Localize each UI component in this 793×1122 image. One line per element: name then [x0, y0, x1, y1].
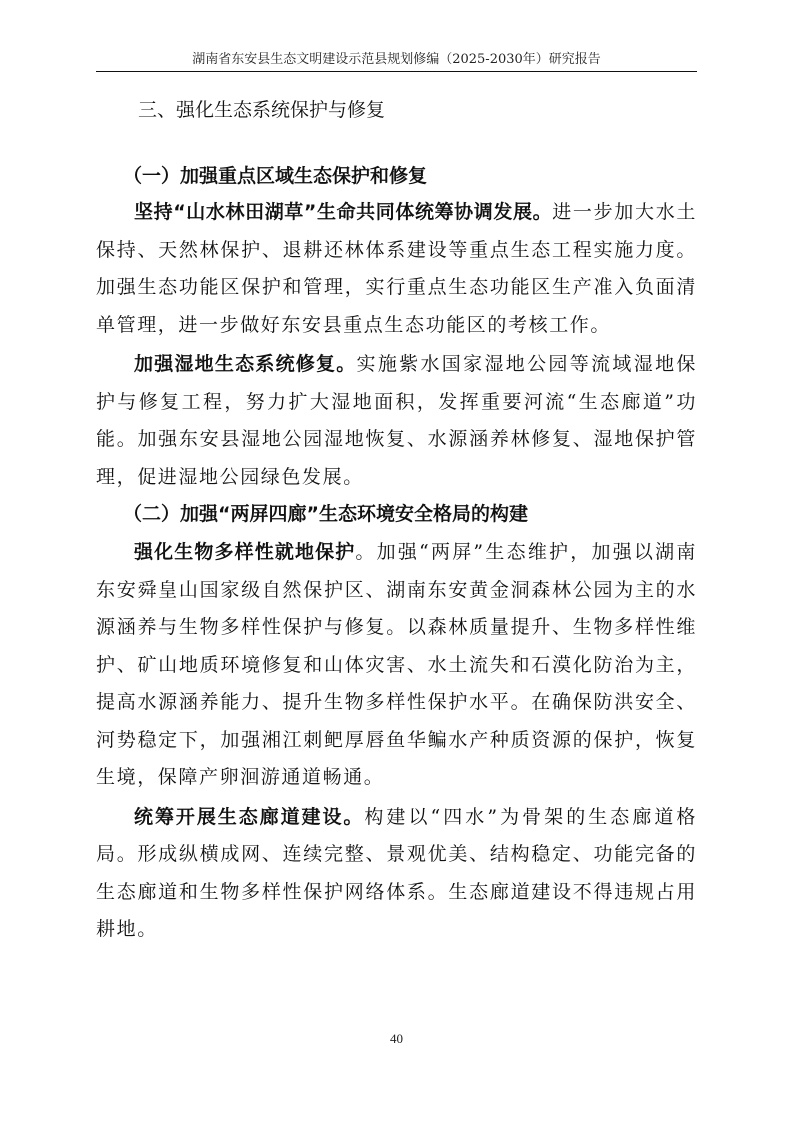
chapter-heading: 三、强化生态系统保护与修复	[96, 90, 697, 130]
document-body: 三、强化生态系统保护与修复 （一）加强重点区域生态保护和修复 坚持“山水林田湖草…	[96, 90, 697, 949]
header-divider	[96, 71, 697, 72]
paragraph: 加强湿地生态系统修复。实施紫水国家湿地公园等流域湿地保护与修复工程，努力扩大湿地…	[96, 346, 697, 496]
running-header: 湖南省东安县生态文明建设示范县规划修编（2025-2030年）研究报告	[96, 48, 697, 67]
paragraph-lead: 强化生物多样性就地保护	[134, 541, 355, 563]
page-number: 40	[0, 1031, 793, 1047]
section-heading-1: （一）加强重点区域生态保护和修复	[96, 156, 697, 196]
section-heading-2: （二）加强“两屏四廊”生态环境安全格局的构建	[96, 494, 697, 534]
paragraph-lead: 加强湿地生态系统修复。	[134, 353, 357, 375]
paragraph: 坚持“山水林田湖草”生命共同体统筹协调发展。进一步加大水土保持、天然林保护、退耕…	[96, 194, 697, 344]
paragraph-lead: 统筹开展生态廊道建设。	[134, 806, 364, 828]
paragraph-lead: 坚持“山水林田湖草”生命共同体统筹协调发展。	[134, 201, 552, 223]
paragraph: 强化生物多样性就地保护。加强“两屏”生态维护，加强以湖南东安舜皇山国家级自然保护…	[96, 534, 697, 797]
paragraph-text: 。加强“两屏”生态维护，加强以湖南东安舜皇山国家级自然保护区、湖南东安黄金洞森林…	[96, 541, 697, 788]
paragraph: 统筹开展生态廊道建设。构建以“四水”为骨架的生态廊道格局。形成纵横成网、连续完整…	[96, 799, 697, 949]
